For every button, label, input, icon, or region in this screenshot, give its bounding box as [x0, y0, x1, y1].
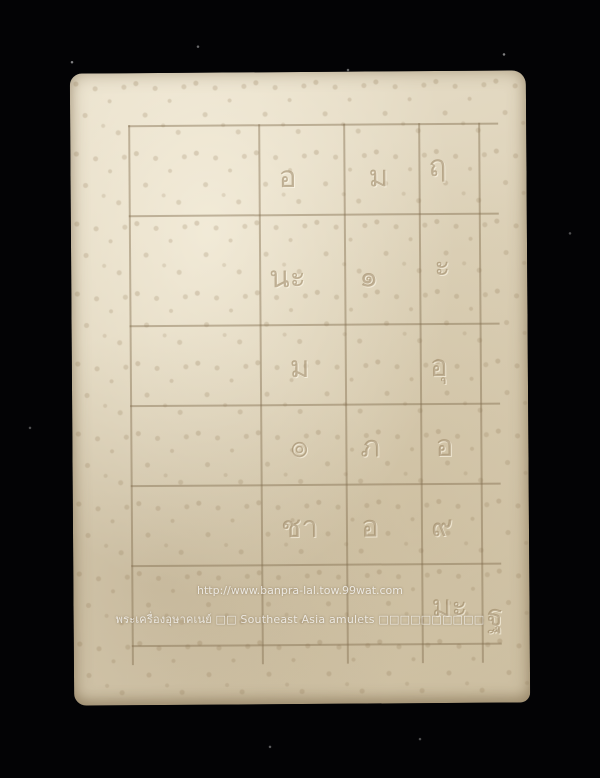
yantra-glyph: อ: [361, 503, 379, 550]
yantra-glyph: นะ: [269, 254, 306, 301]
grid-line: [129, 213, 499, 217]
yantra-glyph: ชา: [281, 504, 319, 551]
grid-line: [132, 643, 502, 647]
yantra-glyph: ะ: [434, 243, 450, 290]
yantra-glyph: ๏: [290, 424, 309, 471]
watermark-url: http://www.banpra-lal.tow.99wat.com: [0, 584, 600, 597]
grid-line: [130, 323, 500, 327]
yantra-glyph: ภ: [360, 423, 380, 470]
yantra-glyph: ฤ: [428, 143, 446, 190]
watermark-caption: พระเครื่องอุษาคเนย์ □□ Southeast Asia am…: [0, 610, 600, 628]
grid-line: [478, 123, 483, 663]
grid-line: [418, 123, 423, 663]
yantra-glyph: อ: [435, 423, 453, 470]
grid-line: [130, 403, 500, 407]
grid-line: [131, 563, 501, 567]
yantra-glyph: ๙: [431, 503, 453, 550]
yantra-glyph: ๑: [359, 253, 378, 300]
yantra-glyph: ม: [290, 344, 310, 391]
photo-backdrop: ฤ ม อ ะ ๑ นะ อุ ม ๏ ภ อ ชา ๙ อ มะ ฐ http…: [0, 0, 600, 778]
grid-line: [343, 124, 348, 664]
grid-line: [131, 483, 501, 487]
yantra-glyph: ม: [368, 153, 388, 200]
yantra-glyph: อุ: [430, 343, 448, 390]
yantra-glyph: อ: [278, 154, 296, 201]
